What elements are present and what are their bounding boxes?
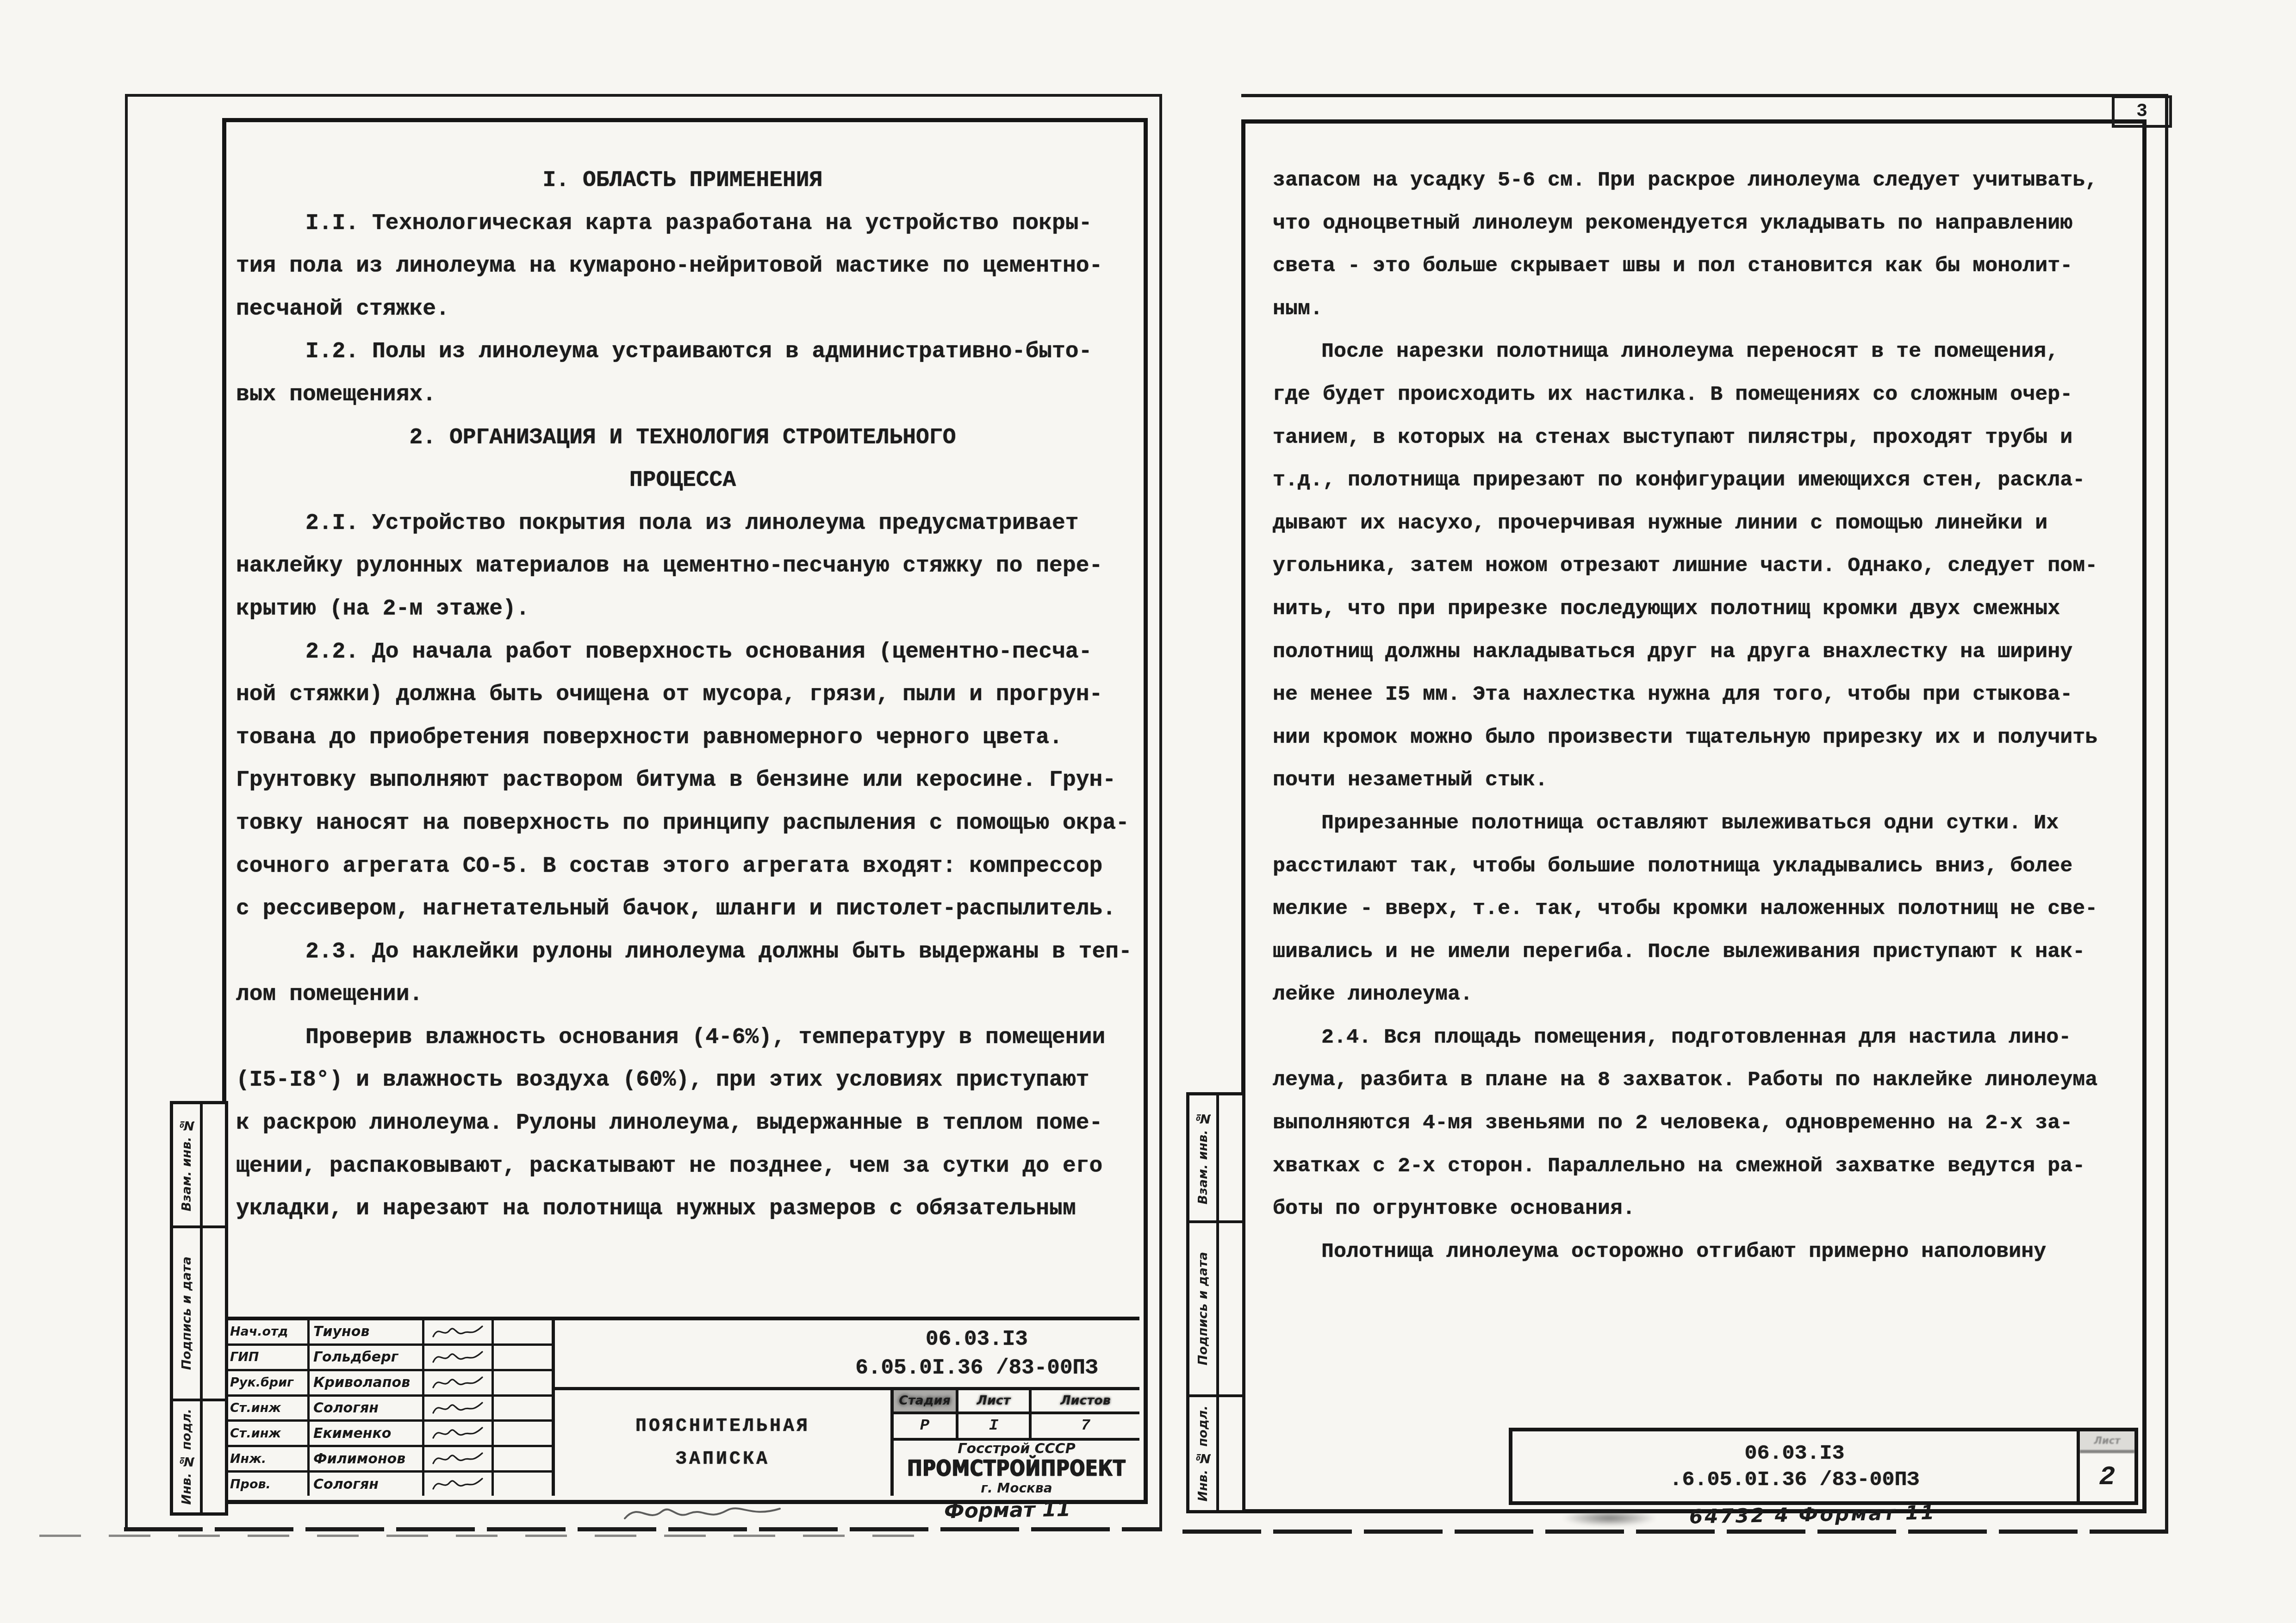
margin-cell: Взам. инв. №	[1189, 1095, 1242, 1223]
text-line: ПРОЦЕССА	[236, 459, 1129, 502]
right-sheet-number-column: Лист 2	[2080, 1431, 2134, 1501]
right-title-block: 06.03.I3 .6.05.0I.36 /83-00ПЗ Лист 2	[1509, 1428, 2138, 1505]
staff-name-text: Тиунов	[313, 1324, 369, 1340]
margin-empty-cell	[203, 1104, 225, 1225]
staff-role: Инж.	[226, 1447, 310, 1470]
title-block-top-line	[226, 1317, 1139, 1320]
staff-name: Сологян	[310, 1473, 424, 1496]
text-line: тована до приобретения поверхности равно…	[236, 716, 1129, 759]
sheet-number-box: 3	[2112, 95, 2172, 128]
staff-role: Пров.	[226, 1473, 310, 1496]
staff-name: Филимонов	[310, 1447, 424, 1470]
stage-header: Стадия	[894, 1390, 958, 1412]
right-document-number-cell: 06.03.I3 .6.05.0I.36 /83-00ПЗ	[1512, 1431, 2080, 1501]
margin-cell: Инв. № подл.	[1189, 1397, 1242, 1510]
document-number-cell: 06.03.I3 6.05.0I.36 /83-00ПЗ	[552, 1320, 1139, 1387]
staff-name-text: Екименко	[313, 1425, 391, 1442]
text-line: что одноцветный линолеум рекомендуется у…	[1273, 202, 2120, 245]
document-title-line1: ПОЯСНИТЕЛЬНАЯ	[635, 1416, 810, 1437]
text-line: 2. ОРГАНИЗАЦИЯ И ТЕХНОЛОГИЯ СТРОИТЕЛЬНОГ…	[236, 417, 1129, 460]
text-line: ной стяжки) должна быть очищена от мусор…	[236, 673, 1129, 716]
text-line: полотнищ должны накладываться друг на др…	[1273, 631, 2120, 674]
margin-cell: Подпись и дата	[173, 1228, 225, 1401]
sheets-header: Листов	[1032, 1390, 1139, 1412]
sheet-number: 3	[2136, 101, 2147, 122]
margin-empty-cell	[203, 1401, 225, 1512]
staff-date-cell	[494, 1397, 552, 1420]
staff-role: Рук.бриг	[226, 1371, 310, 1394]
text-line: 2.4. Вся площадь помещения, подготовленн…	[1273, 1016, 2120, 1059]
text-line: света - это больше скрывает швы и пол ст…	[1273, 245, 2120, 288]
text-line: Грунтовку выполняют раствором битума в б…	[236, 759, 1129, 802]
staff-role-text: Пров.	[230, 1477, 271, 1492]
text-line: 2.2. До начала работ поверхность основан…	[236, 631, 1129, 674]
text-line: щении, распаковывают, раскатывают не поз…	[236, 1145, 1129, 1188]
staff-date-cell	[494, 1371, 552, 1394]
staff-name: Сологян	[310, 1397, 424, 1420]
staff-role-text: Ст.инж	[230, 1401, 281, 1415]
signature-scribble	[430, 1374, 486, 1392]
right-sheet-bottom-edge	[1182, 1530, 2171, 1534]
staff-signature-cell	[424, 1346, 494, 1369]
margin-cell: Подпись и дата	[1189, 1223, 1242, 1397]
sheet-value: I	[958, 1414, 1032, 1438]
signature-scribble	[430, 1424, 486, 1443]
staff-date-cell	[494, 1422, 552, 1445]
text-line: I. ОБЛАСТЬ ПРИМЕНЕНИЯ	[236, 159, 1129, 202]
text-line: укладки, и нарезают на полотнища нужных …	[236, 1188, 1129, 1231]
margin-empty-cell	[1219, 1223, 1242, 1394]
margin-label: Подпись и дата	[1196, 1252, 1210, 1365]
text-line: не менее I5 мм. Эта нахлестка нужна для …	[1273, 673, 2120, 716]
staff-name-text: Сологян	[313, 1400, 379, 1416]
staff-row: Нач.отдТиунов	[226, 1320, 552, 1346]
staff-name-text: Криволапов	[313, 1374, 410, 1391]
text-line: дывают их насухо, прочерчивая нужные лин…	[1273, 502, 2120, 545]
text-line: выполняются 4-мя звеньями по 2 человека,…	[1273, 1102, 2120, 1145]
stage-value: Р	[894, 1414, 958, 1438]
format-note-left: Формат 11	[944, 1498, 1071, 1524]
right-sheet-label: Лист	[2080, 1431, 2134, 1453]
text-line: к раскрою линолеума. Рулоны линолеума, в…	[236, 1102, 1129, 1145]
margin-label: Взам. инв. №	[180, 1118, 194, 1212]
margin-cell: Взам. инв. №	[173, 1104, 225, 1228]
staff-name-text: Филимонов	[313, 1451, 405, 1467]
text-line: боты по огрунтовке основания.	[1273, 1188, 2120, 1231]
document-title-line2: ЗАПИСКА	[676, 1449, 770, 1470]
staff-row: Рук.бригКриволапов	[226, 1371, 552, 1397]
staff-role-text: ГИП	[230, 1350, 259, 1364]
text-line: угольника, затем ножом отрезают лишние ч…	[1273, 545, 2120, 588]
text-line: расстилают так, чтобы большие полотнища …	[1273, 845, 2120, 888]
margin-label: Инв. № подл.	[180, 1409, 194, 1505]
organization-stamp-name: ПРОМСТРОЙПРОЕКТ	[907, 1456, 1126, 1481]
ink-smudge	[1562, 1510, 1657, 1526]
staff-role: Ст.инж	[226, 1422, 310, 1445]
signature-scribble	[430, 1348, 486, 1367]
text-line: Проверив влажность основания (4-6%), тем…	[236, 1016, 1129, 1059]
text-line: запасом на усадку 5-6 см. При раскрое ли…	[1273, 159, 2120, 202]
signature-scribble	[430, 1399, 486, 1418]
staff-role-text: Инж.	[230, 1452, 266, 1466]
text-line: танием, в которых на стенах выступают пи…	[1273, 417, 2120, 460]
staff-role: Ст.инж	[226, 1397, 310, 1420]
margin-empty-cell	[203, 1228, 225, 1399]
stage-table-value-row: Р I 7	[894, 1414, 1139, 1441]
text-line: наклейку рулонных материалов на цементно…	[236, 545, 1129, 588]
document-number-line1: 06.03.I3	[814, 1325, 1139, 1354]
staff-name: Криволапов	[310, 1371, 424, 1394]
staff-role-text: Рук.бриг	[230, 1375, 293, 1390]
staff-row: Пров.Сологян	[226, 1473, 552, 1496]
text-line: лом помещении.	[236, 973, 1129, 1016]
staff-date-cell	[494, 1320, 552, 1343]
organization-line1: Госстрой СССР	[958, 1441, 1075, 1457]
staff-name: Екименко	[310, 1422, 424, 1445]
staff-row: ГИПГольдберг	[226, 1346, 552, 1371]
text-line: тия пола из линолеума на кумароно-нейрит…	[236, 245, 1129, 288]
text-line: крытию (на 2-м этаже).	[236, 588, 1129, 631]
text-line: 2.I. Устройство покрытия пола из линолеу…	[236, 502, 1129, 545]
staff-signature-table: Нач.отдТиунов ГИПГольдберг Рук.бригКриво…	[226, 1320, 552, 1496]
staff-date-cell	[494, 1473, 552, 1496]
staff-name-text: Сологян	[313, 1476, 379, 1492]
organization-stamp: Госстрой СССР ПРОМСТРОЙПРОЕКТ г. Москва	[894, 1441, 1139, 1496]
signature-scribble	[430, 1475, 486, 1493]
text-line: где будет происходить их настилка. В пом…	[1273, 373, 2120, 417]
sheet-header: Лист	[958, 1390, 1032, 1412]
right-document-number-line2: .6.05.0I.36 /83-00ПЗ	[1669, 1467, 1919, 1493]
text-line: ным.	[1273, 288, 2120, 331]
margin-label: Подпись и дата	[180, 1256, 194, 1370]
staff-name-text: Гольдберг	[313, 1349, 398, 1365]
left-sheet-bottom-edge-2	[39, 1535, 921, 1537]
staff-signature-cell	[424, 1397, 494, 1420]
text-line: I.2. Полы из линолеума устраиваются в ад…	[236, 330, 1129, 373]
staff-role-text: Нач.отд	[230, 1325, 288, 1339]
text-line: Прирезанные полотнища оставляют вылежива…	[1273, 802, 2120, 845]
stage-sheet-table: Стадия Лист Листов Р I 7 Госстрой СССР П…	[890, 1387, 1139, 1496]
text-line: т.д., полотнища прирезают по конфигураци…	[1273, 459, 2120, 502]
document-number-line2: 6.05.0I.36 /83-00ПЗ	[814, 1354, 1139, 1382]
margin-empty-cell	[1219, 1397, 1242, 1510]
text-line: вых помещениях.	[236, 373, 1129, 417]
text-line: После нарезки полотнища линолеума перено…	[1273, 330, 2120, 373]
staff-date-cell	[494, 1346, 552, 1369]
text-line: Полотнища линолеума осторожно отгибают п…	[1273, 1231, 2120, 1274]
document-title-cell: ПОЯСНИТЕЛЬНАЯ ЗАПИСКА	[552, 1387, 890, 1496]
left-page-text: I. ОБЛАСТЬ ПРИМЕНЕНИЯI.I. Технологическа…	[236, 159, 1129, 1231]
right-sheet-outer-border-right	[2165, 94, 2168, 1530]
signature-scribble	[430, 1449, 486, 1468]
staff-signature-cell	[424, 1473, 494, 1496]
margin-empty-cell	[1219, 1095, 1242, 1220]
text-line: почти незаметный стык.	[1273, 759, 2120, 802]
footer-note-right: 64732 4 Формат 11	[1689, 1501, 1936, 1528]
text-line: шивались и не имели перегиба. После выле…	[1273, 931, 2120, 974]
text-line: лейке линолеума.	[1273, 973, 2120, 1016]
staff-row: Инж.Филимонов	[226, 1447, 552, 1473]
margin-cell: Инв. № подл.	[173, 1401, 225, 1512]
right-document-number-line1: 06.03.I3	[1744, 1440, 1844, 1467]
margin-label: Инв. № подл.	[1196, 1405, 1210, 1501]
right-margin-label-column: Взам. инв. № Подпись и дата Инв. № подл.	[1186, 1092, 1245, 1513]
text-line: I.I. Технологическая карта разработана н…	[236, 202, 1129, 245]
text-line: 2.3. До наклейки рулоны линолеума должны…	[236, 931, 1129, 974]
right-sheet-outer-border-top	[1241, 94, 2168, 97]
text-line: песчаной стяжке.	[236, 288, 1129, 331]
staff-role: Нач.отд	[226, 1320, 310, 1343]
staff-row: Ст.инжСологян	[226, 1397, 552, 1422]
staff-signature-cell	[424, 1320, 494, 1343]
sheets-value: 7	[1032, 1414, 1139, 1438]
left-sheet-bottom-edge	[124, 1527, 1161, 1531]
staff-name: Тиунов	[310, 1320, 424, 1343]
text-line: хватках с 2-х сторон. Параллельно на сме…	[1273, 1145, 2120, 1188]
text-line: с рессивером, нагнетательный бачок, шлан…	[236, 888, 1129, 931]
organization-city: г. Москва	[981, 1480, 1052, 1496]
staff-signature-cell	[424, 1371, 494, 1394]
right-page-text: запасом на усадку 5-6 см. При раскрое ли…	[1273, 159, 2120, 1273]
right-sheet-number: 2	[2080, 1453, 2134, 1501]
handwritten-scribble	[620, 1498, 787, 1528]
signature-scribble	[430, 1323, 486, 1341]
staff-date-cell	[494, 1447, 552, 1470]
text-line: нить, что при прирезке последующих полот…	[1273, 588, 2120, 631]
staff-role-text: Ст.инж	[230, 1426, 281, 1441]
text-line: мелкие - вверх, т.е. так, чтобы кромки н…	[1273, 888, 2120, 931]
text-line: (I5-I8°) и влажность воздуха (60%), при …	[236, 1059, 1129, 1102]
staff-role: ГИП	[226, 1346, 310, 1369]
staff-signature-cell	[424, 1422, 494, 1445]
text-line: сочного агрегата СО-5. В состав этого аг…	[236, 845, 1129, 888]
text-line: леума, разбита в плане на 8 захваток. Ра…	[1273, 1059, 2120, 1102]
margin-label: Взам. инв. №	[1196, 1111, 1210, 1205]
staff-row: Ст.инжЕкименко	[226, 1422, 552, 1447]
scanned-document-sheet: 3 I. ОБЛАСТЬ ПРИМЕНЕНИЯI.I. Технологичес…	[0, 0, 2296, 1623]
staff-name: Гольдберг	[310, 1346, 424, 1369]
left-margin-label-column: Взам. инв. № Подпись и дата Инв. № подл.	[170, 1101, 228, 1516]
staff-signature-cell	[424, 1447, 494, 1470]
text-line: товку наносят на поверхность по принципу…	[236, 802, 1129, 845]
text-line: нии кромок можно было произвести тщатель…	[1273, 716, 2120, 759]
stage-table-header-row: Стадия Лист Листов	[894, 1390, 1139, 1414]
